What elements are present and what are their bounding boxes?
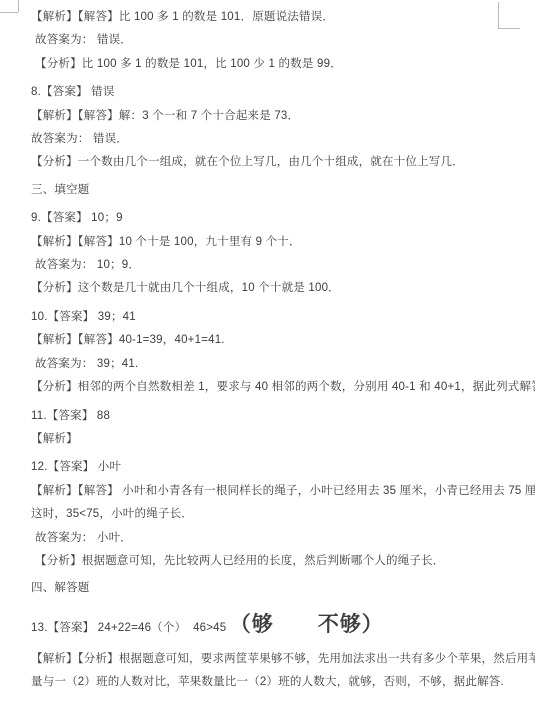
document-line: 故答案为： 小叶． <box>31 527 523 550</box>
document-line: 量与一（2）班的人数对比，苹果数量比一（2）班的人数大，就够，否则，不够，据此解… <box>31 671 523 694</box>
answer-highlight: （够 不够） <box>230 613 384 636</box>
document-line: 【分析】相邻的两个自然数相差 1，要求与 40 相邻的两个数，分别用 40-1 … <box>31 376 523 399</box>
document-line: 10.【答案】 39；41 <box>31 306 523 329</box>
section-heading: 三、填空题 <box>31 179 523 202</box>
document-line: 故答案为： 39；41. <box>31 353 523 376</box>
document-line: 8.【答案】 错误 <box>31 81 523 104</box>
document-line: 11.【答案】 88 <box>31 405 523 428</box>
document-line: 【分析】根据题意可知，先比较两人已经用的长度，然后判断哪个人的绳子长． <box>31 550 523 573</box>
crop-mark-top-left <box>18 0 19 12</box>
document-line: 12.【答案】 小叶 <box>31 456 523 479</box>
crop-mark-top-left <box>0 12 18 13</box>
document-line: 9.【答案】 10；9 <box>31 207 523 230</box>
document-body: 【解析】【解答】比 100 多 1 的数是 101．原题说法错误．故答案为： 错… <box>31 6 523 695</box>
document-line: 【解析】【解答】比 100 多 1 的数是 101．原题说法错误． <box>31 6 523 29</box>
document-line: 【解析】【解答】 小叶和小青各有一根同样长的绳子，小叶已经用去 35 厘米，小青… <box>31 480 523 503</box>
document-line: 这时，35<75，小叶的绳子长． <box>31 503 523 526</box>
document-line: 故答案为： 错误． <box>31 29 523 52</box>
document-line: 【分析】比 100 多 1 的数是 101，比 100 少 1 的数是 99． <box>31 53 523 76</box>
document-line: 13.【答案】 24+22=46（个） 46>45 （够 不够） <box>31 610 523 643</box>
document-line: 故答案为： 10；9． <box>31 254 523 277</box>
document-line: 【分析】这个数是几十就由几个十组成，10 个十就是 100． <box>31 277 523 300</box>
section-heading: 四、解答题 <box>31 577 523 600</box>
document-line: 【解析】【分析】根据题意可知，要求两筐苹果够不够，先用加法求出一共有多少个苹果，… <box>31 648 523 671</box>
document-line: 【解析】【解答】10 个十是 100，九十里有 9 个十． <box>31 231 523 254</box>
answer-text: 13.【答案】 24+22=46（个） 46>45 <box>31 622 230 634</box>
document-line: 【分析】一个数由几个一组成，就在个位上写几，由几个十组成，就在十位上写几． <box>31 151 523 174</box>
document-line: 【解析】【解答】解：3 个一和 7 个十合起来是 73． <box>31 105 523 128</box>
document-line: 【解析】【解答】40-1=39，40+1=41. <box>31 329 523 352</box>
document-page: 【解析】【解答】比 100 多 1 的数是 101．原题说法错误．故答案为： 错… <box>0 0 535 701</box>
document-line: 故答案为： 错误． <box>31 128 523 151</box>
document-line: 【解析】 <box>31 428 523 451</box>
